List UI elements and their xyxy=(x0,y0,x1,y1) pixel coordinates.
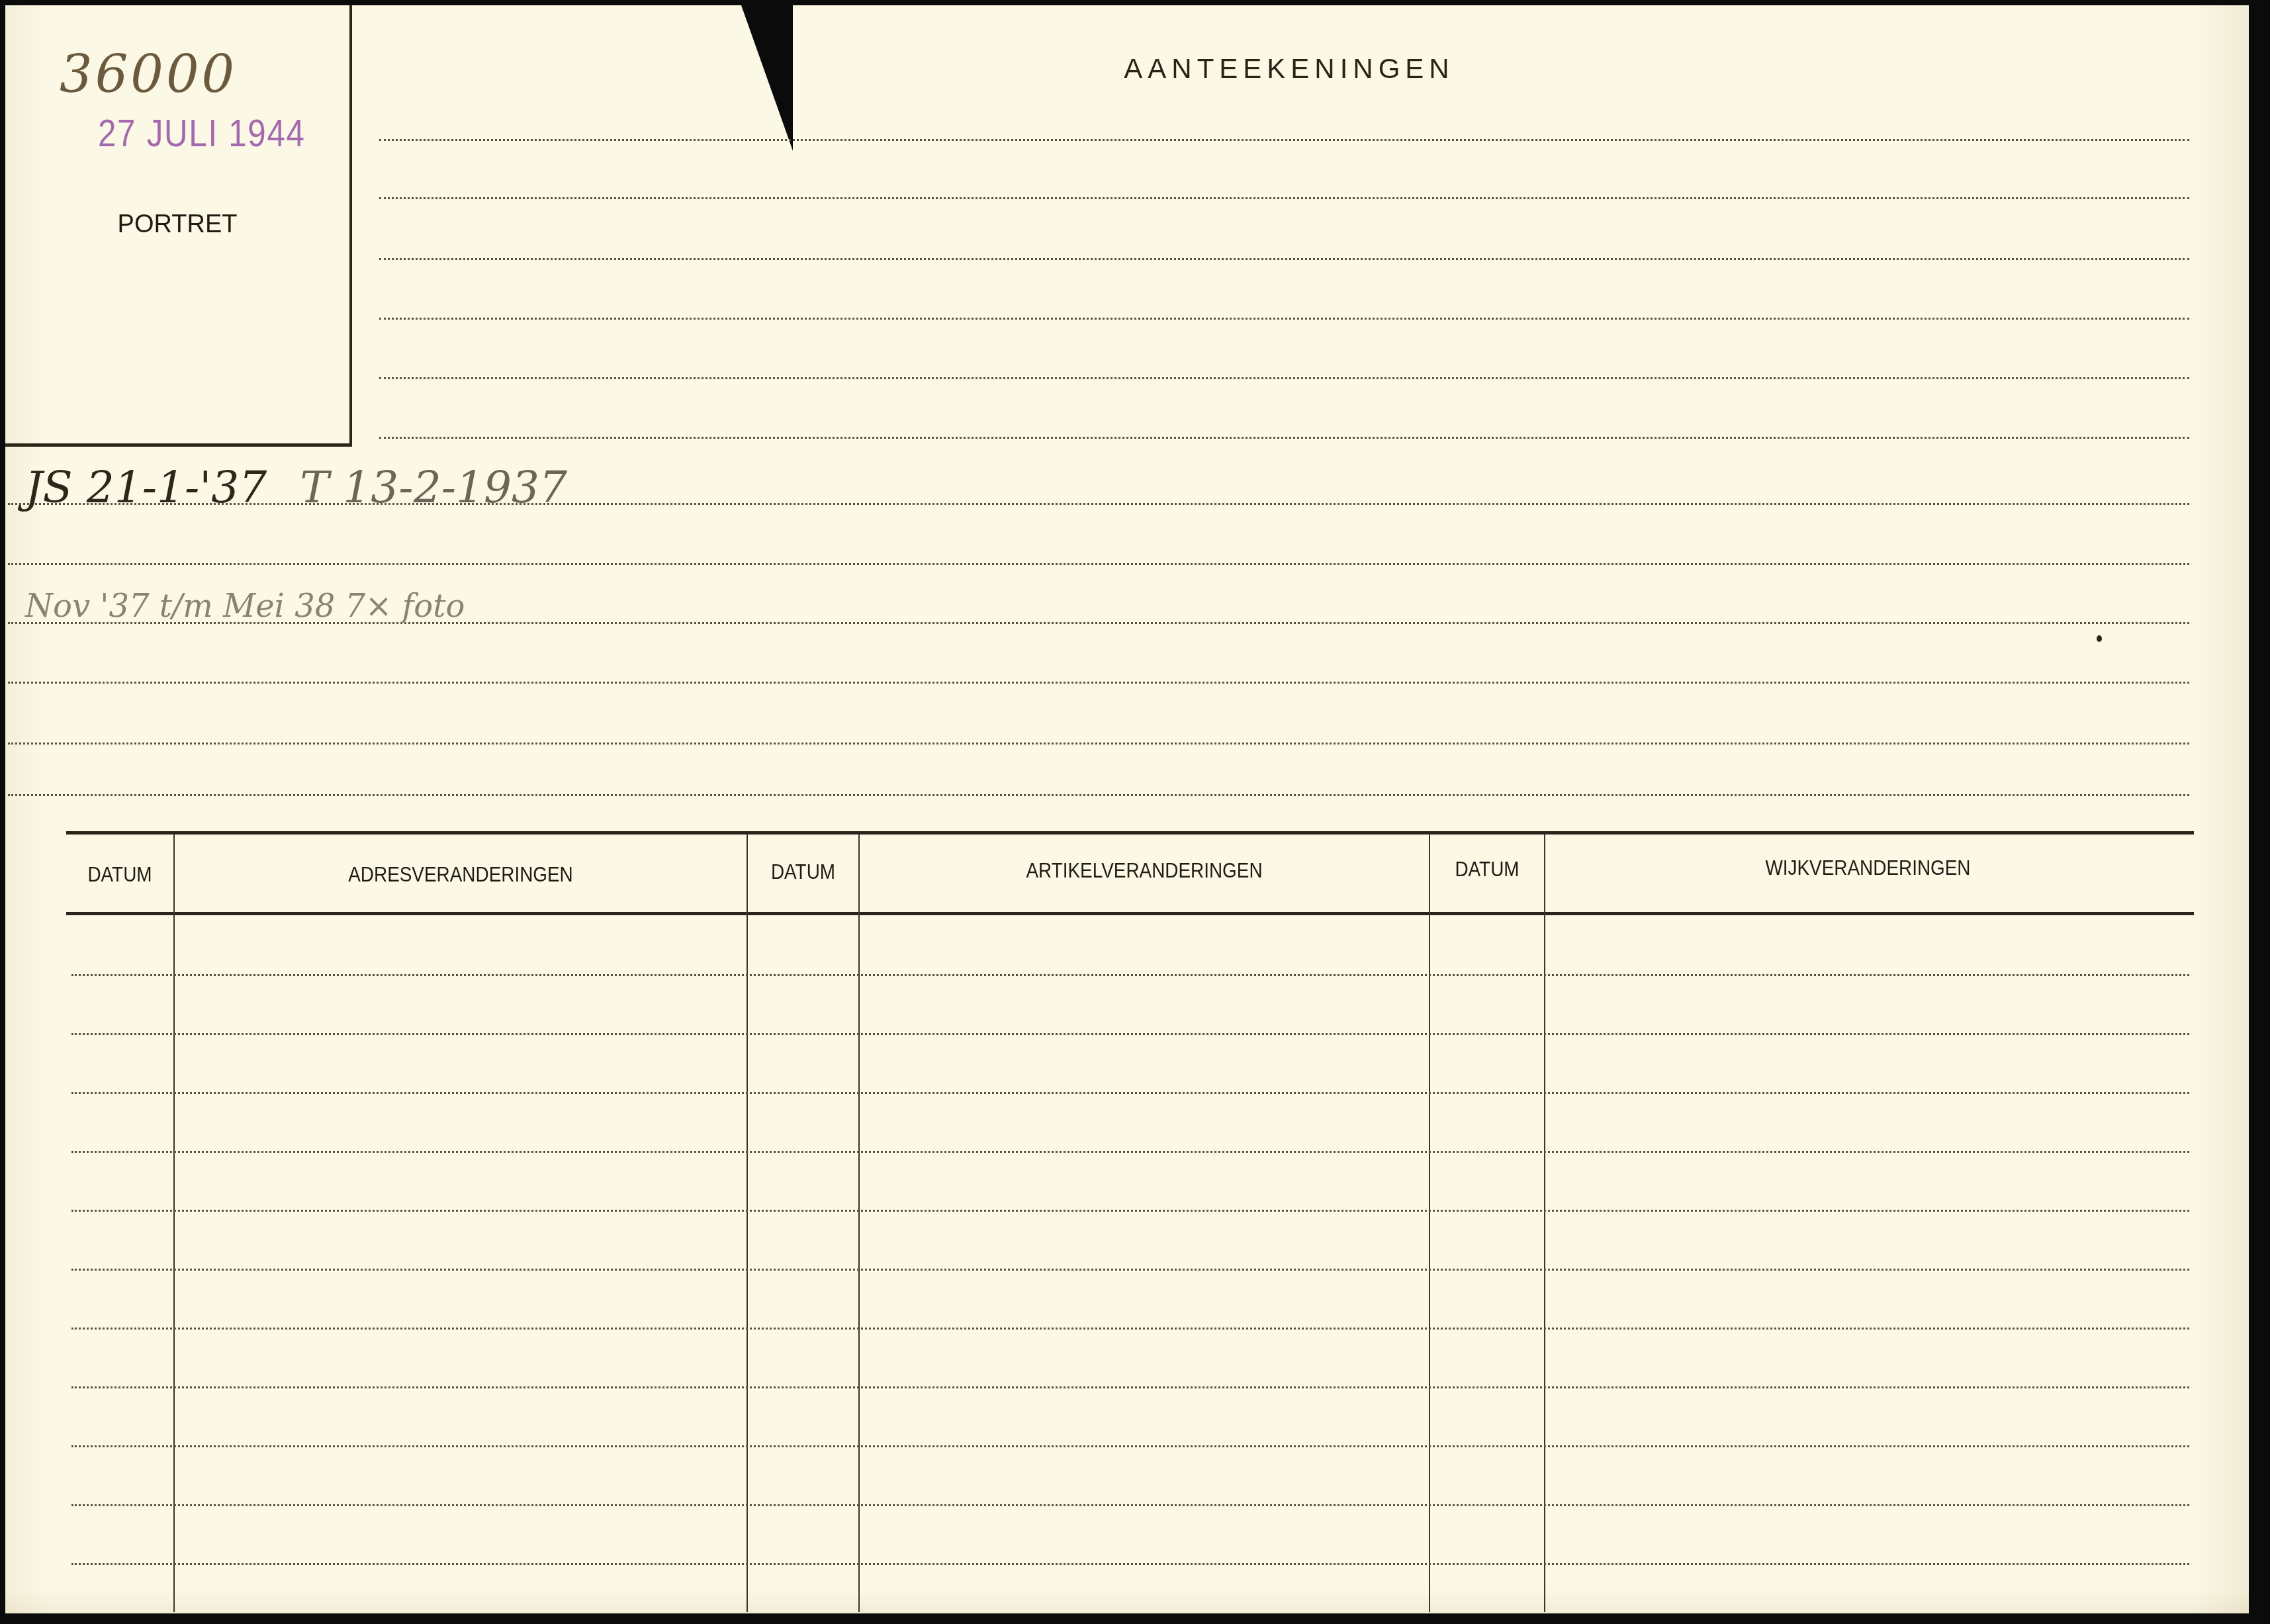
note-line xyxy=(8,794,2189,796)
note-line xyxy=(379,258,2189,260)
handwritten-note-line-2: Nov '37 t/m Mei 38 7× foto xyxy=(25,588,465,625)
date-stamp: 27 JULI 1944 xyxy=(98,111,306,156)
handwritten-note-t-date: T 13-2-1937 xyxy=(300,462,567,513)
handwritten-card-number: 36000 xyxy=(60,45,237,105)
column-divider xyxy=(1544,835,1545,1612)
table-row-line xyxy=(71,1386,2189,1388)
table-row-line xyxy=(71,1563,2189,1565)
table-top-rule xyxy=(66,831,2194,835)
note-line xyxy=(379,139,2189,141)
table-header-bottom-rule xyxy=(66,912,2194,915)
header-adresveranderingen: ADRESVERANDERINGEN xyxy=(203,863,718,887)
table-row-line xyxy=(71,1269,2189,1271)
notes-title: AANTEEKENINGEN xyxy=(1038,53,1541,85)
table-row-line xyxy=(71,1504,2189,1506)
header-datum-1: DATUM xyxy=(71,863,168,887)
note-line xyxy=(379,437,2189,439)
note-line xyxy=(379,197,2189,199)
note-line xyxy=(379,318,2189,320)
registration-card: 36000 27 JULI 1944 PORTRET AANTEEKENINGE… xyxy=(5,5,2249,1613)
table-row-line xyxy=(71,1151,2189,1153)
ink-speck xyxy=(2097,635,2102,642)
column-divider xyxy=(858,835,860,1612)
note-line xyxy=(379,377,2189,379)
header-datum-2: DATUM xyxy=(753,860,852,884)
column-divider xyxy=(1429,835,1430,1612)
note-line xyxy=(8,743,2189,744)
column-divider xyxy=(747,835,748,1612)
header-wijkveranderingen: WIJKVERANDERINGEN xyxy=(1578,856,2159,880)
column-divider xyxy=(173,835,175,1612)
header-artikelveranderingen: ARTIKELVERANDERINGEN xyxy=(888,859,1400,883)
note-line xyxy=(8,682,2189,684)
portret-label: PORTRET xyxy=(5,210,349,239)
table-row-line xyxy=(71,1328,2189,1330)
handwritten-note-js-date: JS 21-1-'37 xyxy=(25,462,267,513)
table-row-line xyxy=(71,1210,2189,1212)
table-row-line xyxy=(71,974,2189,976)
table-row-line xyxy=(71,1092,2189,1094)
handwritten-note-line-1: JS 21-1-'37T 13-2-1937 xyxy=(25,462,567,513)
table-row-line xyxy=(71,1445,2189,1447)
note-line xyxy=(8,563,2189,565)
table-row-line xyxy=(71,1033,2189,1035)
header-datum-3: DATUM xyxy=(1436,858,1539,881)
card-notch xyxy=(741,5,793,151)
